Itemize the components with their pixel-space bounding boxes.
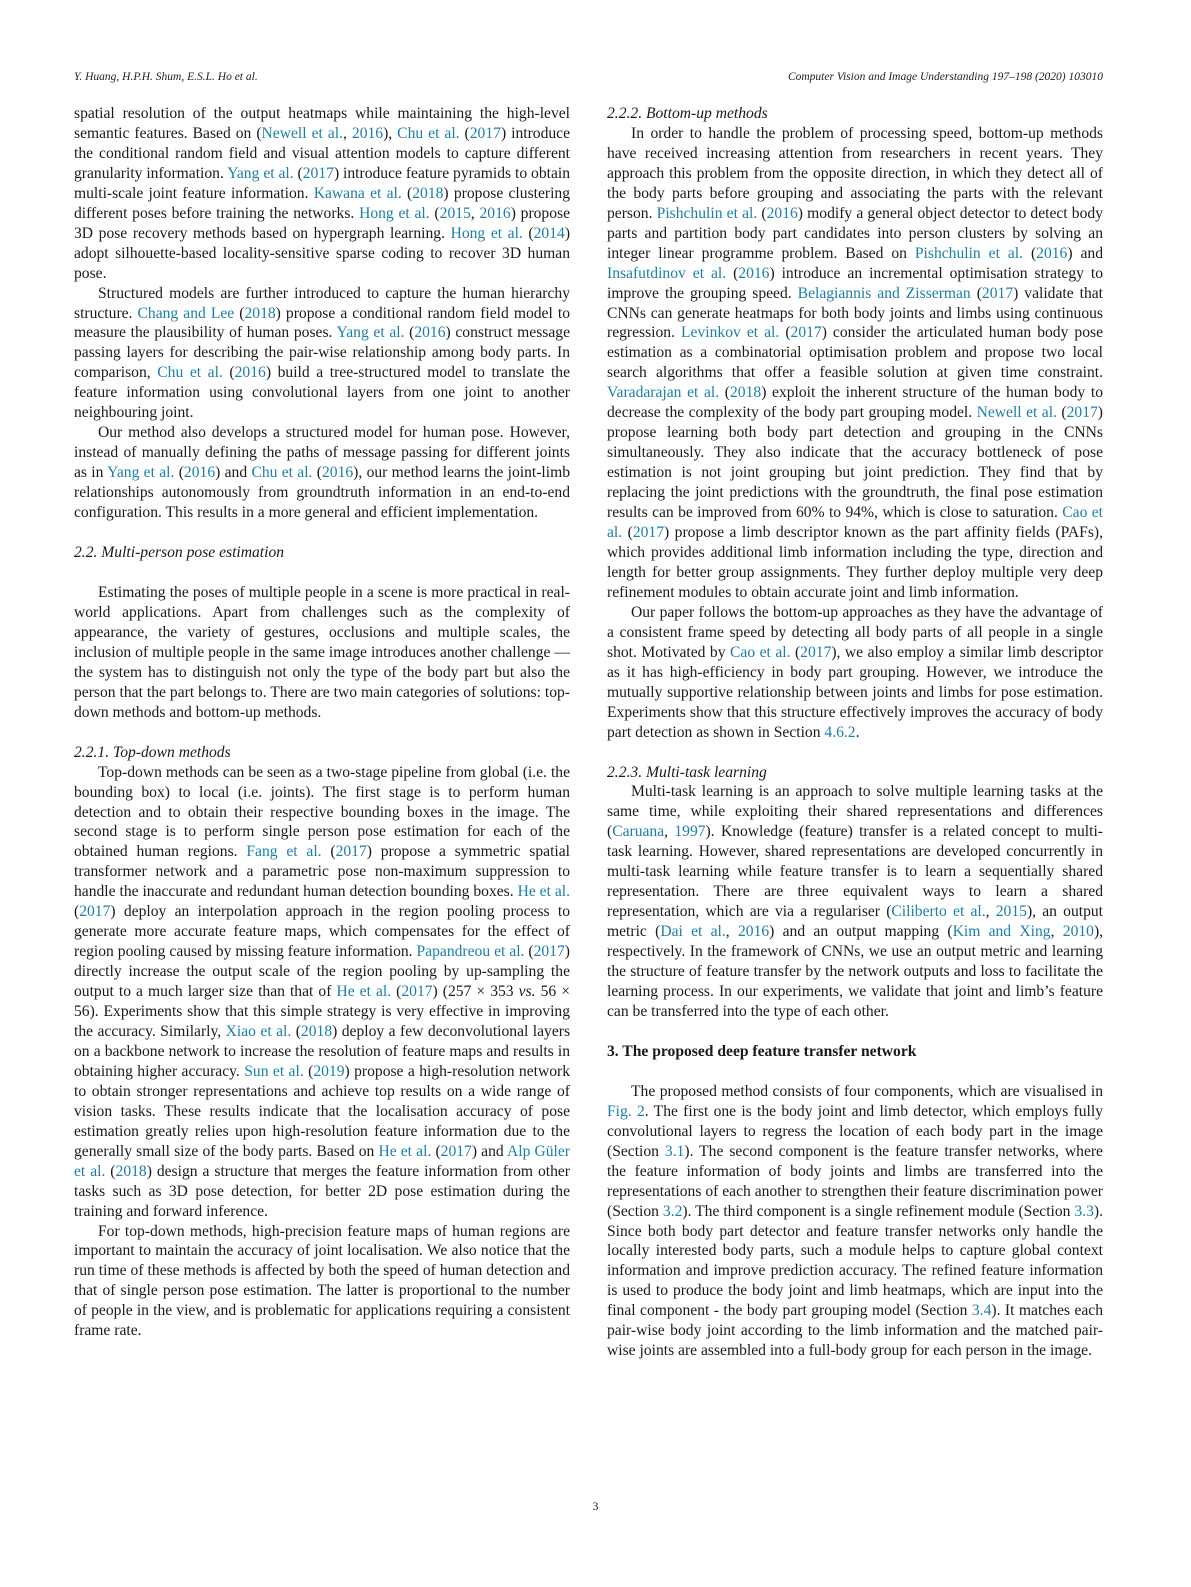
paragraph: Top-down methods can be seen as a two-st… [74, 763, 570, 1222]
running-head-journal: Computer Vision and Image Understanding … [788, 71, 1103, 83]
spacer [74, 563, 570, 583]
paragraph: In order to handle the problem of proces… [607, 124, 1103, 603]
paragraph: The proposed method consists of four com… [607, 1082, 1103, 1361]
citation-link[interactable]: Pishchulin et al. [915, 245, 1023, 262]
citation-link[interactable]: 2018 [116, 1163, 147, 1180]
citation-link[interactable]: 2017 [441, 1143, 472, 1160]
citation-link[interactable]: Yang et al. [107, 464, 174, 481]
citation-link[interactable]: 2015 [996, 903, 1027, 920]
right-column: 2.2.2. Bottom-up methods In order to han… [607, 104, 1103, 1361]
citation-link[interactable]: Chang and Lee [138, 305, 235, 322]
citation-link[interactable]: 2017 [800, 644, 831, 661]
section-link[interactable]: 4.6.2 [824, 724, 855, 741]
citation-link[interactable]: 2016 [767, 205, 798, 222]
citation-link[interactable]: 2017 [401, 983, 432, 1000]
spacer [607, 1022, 1103, 1042]
spacer [607, 743, 1103, 763]
citation-link[interactable]: 2010 [1063, 923, 1094, 940]
section-heading-2-2-3: 2.2.3. Multi-task learning [607, 763, 1103, 783]
citation-link[interactable]: Levinkov et al. [681, 324, 779, 341]
citation-link[interactable]: Kim and Xing [953, 923, 1051, 940]
citation-link[interactable]: 2017 [982, 285, 1013, 302]
citation-link[interactable]: Fang et al. [246, 843, 321, 860]
citation-link[interactable]: Chu et al. [251, 464, 312, 481]
citation-link[interactable]: 2016 [322, 464, 353, 481]
spacer [607, 1062, 1103, 1082]
citation-link[interactable]: Caruana [612, 823, 664, 840]
running-head-authors: Y. Huang, H.P.H. Shum, E.S.L. Ho et al. [74, 71, 258, 83]
section-heading-2-2: 2.2. Multi-person pose estimation [74, 543, 570, 563]
citation-link[interactable]: Dai et al. [660, 923, 725, 940]
citation-link[interactable]: 2017 [79, 903, 110, 920]
citation-link[interactable]: Xiao et al. [226, 1023, 292, 1040]
spacer [74, 723, 570, 743]
citation-link[interactable]: Yang et al. [337, 324, 405, 341]
citation-link[interactable]: Pishchulin et al. [657, 205, 758, 222]
paragraph: For top-down methods, high-precision fea… [74, 1222, 570, 1342]
citation-link[interactable]: Insafutdinov et al. [607, 265, 726, 282]
figure-link[interactable]: Fig. 2 [607, 1103, 645, 1120]
citation-link[interactable]: 2016 [235, 364, 266, 381]
citation-link[interactable]: Papandreou et al. [417, 943, 525, 960]
section-link[interactable]: 3.4 [972, 1302, 992, 1319]
section-link[interactable]: 3.3 [1074, 1203, 1094, 1220]
citation-link[interactable]: 2015 [440, 205, 471, 222]
citation-link[interactable]: Newell et al. [977, 404, 1057, 421]
citation-link[interactable]: He et al. [378, 1143, 431, 1160]
citation-link[interactable]: 2018 [244, 305, 275, 322]
citation-link[interactable]: 2016 [414, 324, 445, 341]
citation-link[interactable]: Newell et al. [262, 125, 343, 142]
citation-link[interactable]: 2018 [412, 185, 443, 202]
section-heading-2-2-1: 2.2.1. Top-down methods [74, 743, 570, 763]
citation-link[interactable]: 1997 [674, 823, 705, 840]
paragraph: spatial resolution of the output heatmap… [74, 104, 570, 284]
left-column: spatial resolution of the output heatmap… [74, 104, 570, 1341]
citation-link[interactable]: Cao et al. [730, 644, 790, 661]
citation-link[interactable]: 2017 [470, 125, 501, 142]
paragraph: Our paper follows the bottom-up approach… [607, 603, 1103, 743]
citation-link[interactable]: Belagiannis and Zisserman [798, 285, 971, 302]
section-link[interactable]: 3.1 [665, 1143, 685, 1160]
citation-link[interactable]: Sun et al. [244, 1063, 303, 1080]
citation-link[interactable]: Yang et al. [227, 165, 293, 182]
citation-link[interactable]: 2014 [534, 225, 565, 242]
spacer [74, 523, 570, 543]
citation-link[interactable]: 2017 [303, 165, 334, 182]
citation-link[interactable]: Chu et al. [157, 364, 223, 381]
citation-link[interactable]: Hong et al. [451, 225, 523, 242]
citation-link[interactable]: Chu et al. [397, 125, 459, 142]
citation-link[interactable]: 2016 [184, 464, 215, 481]
citation-link[interactable]: 2018 [730, 384, 761, 401]
section-link[interactable]: 3.2 [663, 1203, 683, 1220]
section-heading-3: 3. The proposed deep feature transfer ne… [607, 1042, 1103, 1062]
citation-link[interactable]: 2017 [336, 843, 367, 860]
paragraph: Multi-task learning is an approach to so… [607, 782, 1103, 1021]
citation-link[interactable]: 2017 [633, 524, 664, 541]
citation-link[interactable]: 2016 [480, 205, 511, 222]
citation-link[interactable]: 2019 [313, 1063, 344, 1080]
citation-link[interactable]: Varadarajan et al. [607, 384, 719, 401]
citation-link[interactable]: 2016 [738, 265, 769, 282]
citation-link[interactable]: He et al. [336, 983, 391, 1000]
citation-link[interactable]: 2016 [1036, 245, 1067, 262]
citation-link[interactable]: 2017 [534, 943, 565, 960]
citation-link[interactable]: 2016 [738, 923, 769, 940]
paragraph: Our method also develops a structured mo… [74, 423, 570, 523]
citation-link[interactable]: 2017 [1067, 404, 1098, 421]
citation-link[interactable]: 2018 [301, 1023, 332, 1040]
citation-link[interactable]: 2016 [352, 125, 383, 142]
citation-link[interactable]: Kawana et al. [314, 185, 402, 202]
citation-link[interactable]: Ciliberto et al. [891, 903, 985, 920]
paragraph: Structured models are further introduced… [74, 284, 570, 424]
citation-link[interactable]: Hong et al. [359, 205, 430, 222]
citation-link[interactable]: He et al. [518, 883, 570, 900]
paragraph: Estimating the poses of multiple people … [74, 583, 570, 723]
citation-link[interactable]: 2017 [791, 324, 822, 341]
section-heading-2-2-2: 2.2.2. Bottom-up methods [607, 104, 1103, 124]
page-number: 3 [0, 1501, 1191, 1513]
